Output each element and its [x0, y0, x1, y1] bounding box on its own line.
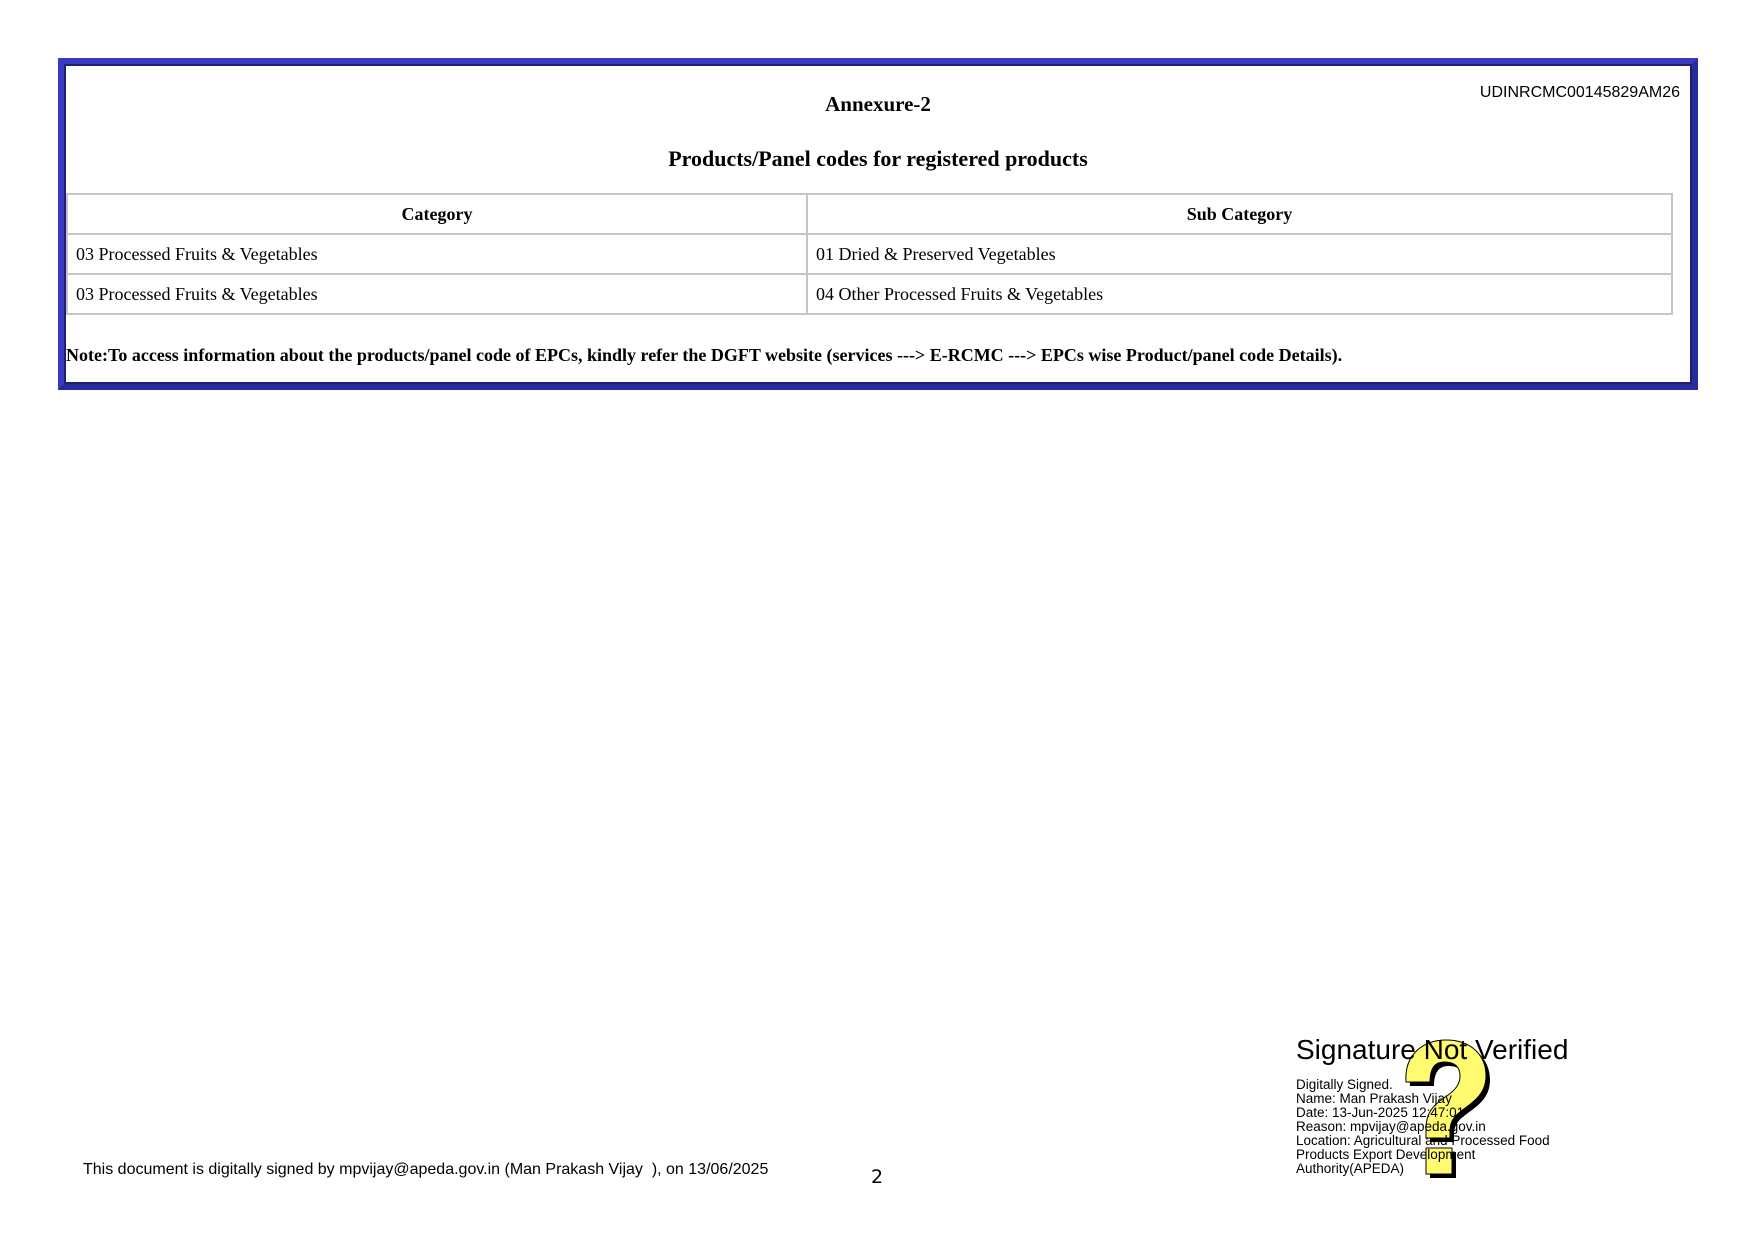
- signature-line: Authority(APEDA): [1296, 1162, 1636, 1176]
- page-number: 2: [871, 1166, 883, 1188]
- signature-line: Location: Agricultural and Processed Foo…: [1296, 1134, 1636, 1148]
- category-cell: 03 Processed Fruits & Vegetables: [67, 274, 807, 314]
- signature-block: Signature Not Verified Digitally Signed.…: [1296, 1034, 1636, 1184]
- signature-line: Name: Man Prakash Vijay: [1296, 1092, 1636, 1106]
- category-cell: 03 Processed Fruits & Vegetables: [67, 234, 807, 274]
- dgft-note: Note:To access information about the pro…: [66, 345, 1342, 366]
- signature-line: Digitally Signed.: [1296, 1078, 1636, 1092]
- annexure-frame: UDINRCMC00145829AM26 Annexure-2 Products…: [58, 58, 1698, 390]
- annexure-title: Annexure-2: [64, 92, 1692, 117]
- column-header-sub-category: Sub Category: [807, 194, 1672, 234]
- signature-line: Date: 13-Jun-2025 12:47:01: [1296, 1106, 1636, 1120]
- annexure-subtitle: Products/Panel codes for registered prod…: [64, 146, 1692, 172]
- table-row: 03 Processed Fruits & Vegetables 04 Othe…: [67, 274, 1672, 314]
- signature-details: Digitally Signed. Name: Man Prakash Vija…: [1296, 1078, 1636, 1176]
- table-header-row: Category Sub Category: [67, 194, 1672, 234]
- signature-line: Products Export Development: [1296, 1148, 1636, 1162]
- column-header-category: Category: [67, 194, 807, 234]
- signature-status: Signature Not Verified: [1296, 1034, 1636, 1066]
- table-row: 03 Processed Fruits & Vegetables 01 Drie…: [67, 234, 1672, 274]
- product-codes-table: Category Sub Category 03 Processed Fruit…: [66, 193, 1673, 315]
- sub-category-cell: 01 Dried & Preserved Vegetables: [807, 234, 1672, 274]
- signature-line: Reason: mpvijay@apeda.gov.in: [1296, 1120, 1636, 1134]
- sub-category-cell: 04 Other Processed Fruits & Vegetables: [807, 274, 1672, 314]
- digital-signature-footer: This document is digitally signed by mpv…: [83, 1161, 768, 1179]
